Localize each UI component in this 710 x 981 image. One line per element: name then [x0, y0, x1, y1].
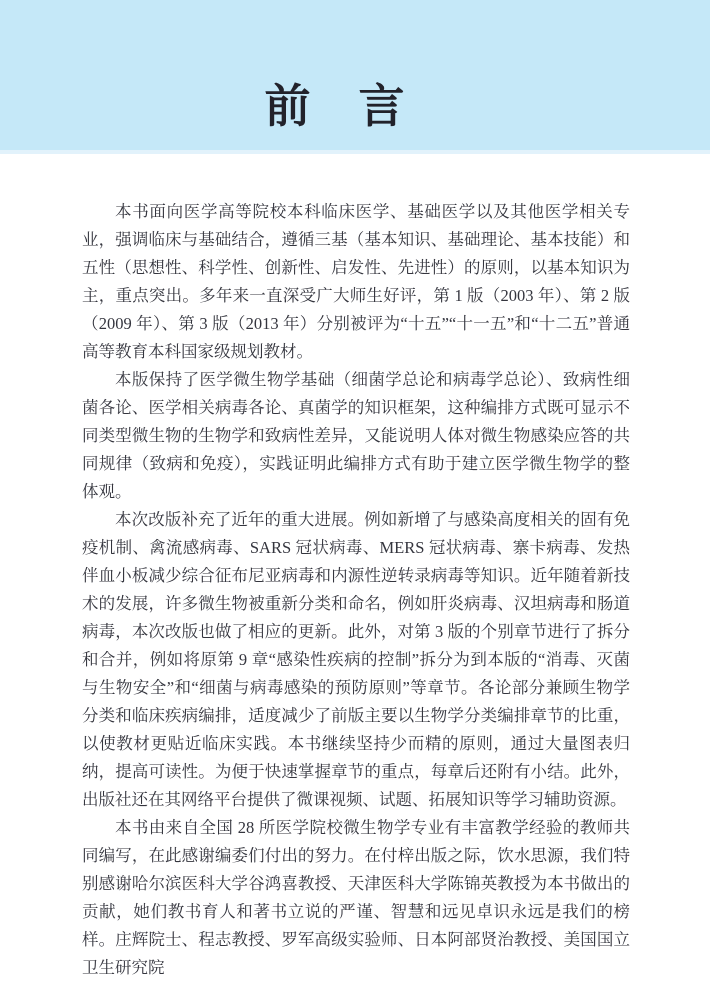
- page-title: 前 言: [0, 0, 710, 130]
- book-page: 前 言 本书面向医学高等院校本科临床医学、基础医学以及其他医学相关专业，强调临床…: [0, 0, 710, 981]
- preface-paragraph: 本书面向医学高等院校本科临床医学、基础医学以及其他医学相关专业，强调临床与基础结…: [82, 198, 630, 366]
- preface-paragraph: 本次改版补充了近年的重大进展。例如新增了与感染高度相关的固有免疫机制、禽流感病毒…: [82, 506, 630, 814]
- page-title-text: 前 言: [265, 84, 406, 130]
- preface-header-band: 前 言: [0, 0, 710, 154]
- preface-paragraph: 本版保持了医学微生物学基础（细菌学总论和病毒学总论）、致病性细菌各论、医学相关病…: [82, 366, 630, 506]
- preface-body: 本书面向医学高等院校本科临床医学、基础医学以及其他医学相关专业，强调临床与基础结…: [82, 198, 630, 981]
- preface-paragraph: 本书由来自全国 28 所医学院校微生物学专业有丰富教学经验的教师共同编写，在此感…: [82, 814, 630, 981]
